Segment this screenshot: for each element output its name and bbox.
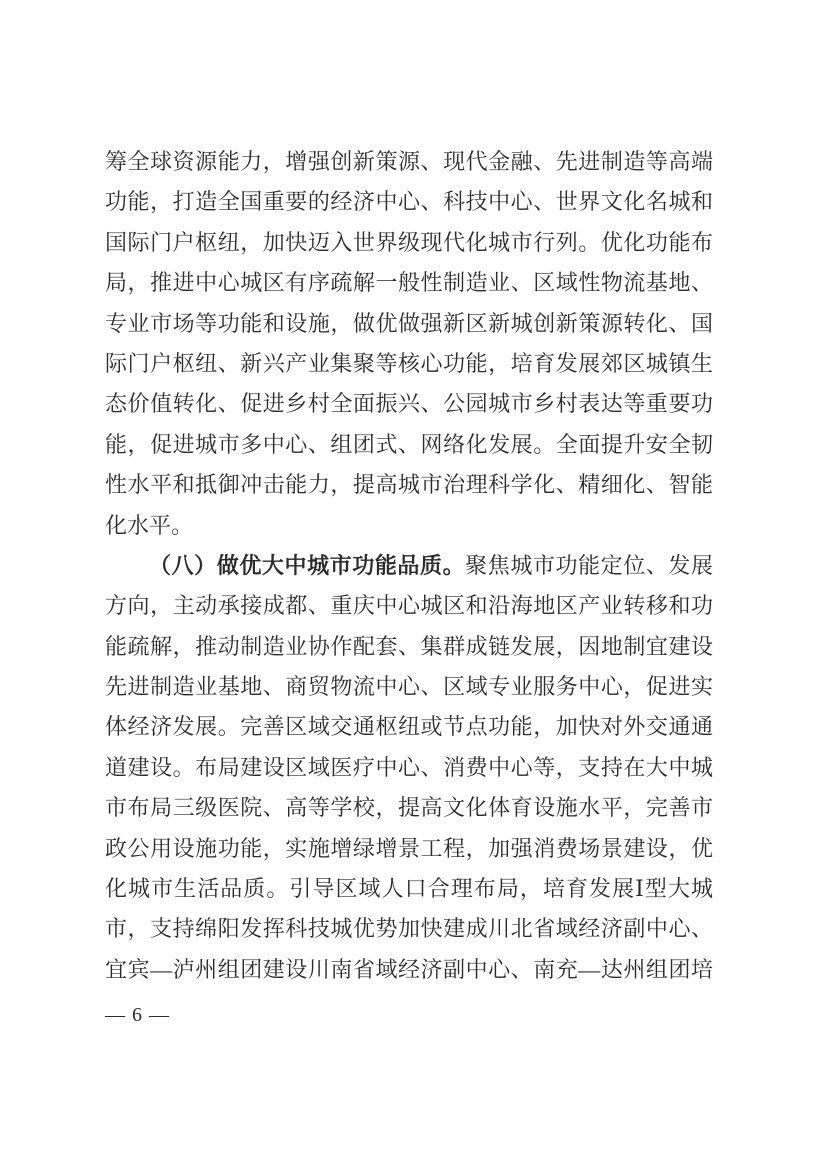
paragraph-heading-line: （八）做优大中城市功能品质。聚焦城市功能定位、发展 — [105, 546, 713, 586]
text-line: 能疏解，推动制造业协作配套、集群成链发展，因地制宜建设 — [105, 627, 713, 667]
text-line: 化水平。 — [105, 506, 713, 546]
text-line: 筹全球资源能力，增强创新策源、现代金融、先进制造等高端 — [105, 142, 713, 182]
text-line: 化城市生活品质。引导区域人口合理布局，培育发展Ⅰ型大城 — [105, 869, 713, 909]
text-line: 方向，主动承接成都、重庆中心城区和沿海地区产业转移和功 — [105, 586, 713, 626]
text-line: 专业市场等功能和设施，做优做强新区新城创新策源转化、国 — [105, 304, 713, 344]
page-footer: — 6 — — [105, 1001, 170, 1029]
text-line: 市布局三级医院、高等学校，提高文化体育设施水平，完善市 — [105, 788, 713, 828]
text-line: 性水平和抵御冲击能力，提高城市治理科学化、精细化、智能 — [105, 465, 713, 505]
text-block: 筹全球资源能力，增强创新策源、现代金融、先进制造等高端功能，打造全国重要的经济中… — [105, 142, 713, 990]
text-line: 际门户枢纽、新兴产业集聚等核心功能，培育发展郊区城镇生 — [105, 344, 713, 384]
text-line: 道建设。布局建设区域医疗中心、消费中心等，支持在大中城 — [105, 748, 713, 788]
text-line: 能，促进城市多中心、组团式、网络化发展。全面提升安全韧 — [105, 425, 713, 465]
text-line: 功能，打造全国重要的经济中心、科技中心、世界文化名城和 — [105, 182, 713, 222]
text-line: 先进制造业基地、商贸物流中心、区域专业服务中心，促进实 — [105, 667, 713, 707]
text-line: 体经济发展。完善区域交通枢纽或节点功能，加快对外交通通 — [105, 707, 713, 747]
text-line: 局，推进中心城区有序疏解一般性制造业、区域性物流基地、 — [105, 263, 713, 303]
page-number: — 6 — — [105, 1004, 170, 1026]
text-line: 宜宾—泸州组团建设川南省域经济副中心、南充—达州组团培 — [105, 950, 713, 990]
document-page: 筹全球资源能力，增强创新策源、现代金融、先进制造等高端功能，打造全国重要的经济中… — [0, 0, 826, 1169]
text-line: 市，支持绵阳发挥科技城优势加快建成川北省域经济副中心、 — [105, 909, 713, 949]
text-line: 政公用设施功能，实施增绿增景工程，加强消费场景建设，优 — [105, 829, 713, 869]
text-line: 态价值转化、促进乡村全面振兴、公园城市乡村表达等重要功 — [105, 384, 713, 424]
section-heading: （八）做优大中城市功能品质。 — [149, 553, 465, 578]
text-line: 国际门户枢纽，加快迈入世界级现代化城市行列。优化功能布 — [105, 223, 713, 263]
